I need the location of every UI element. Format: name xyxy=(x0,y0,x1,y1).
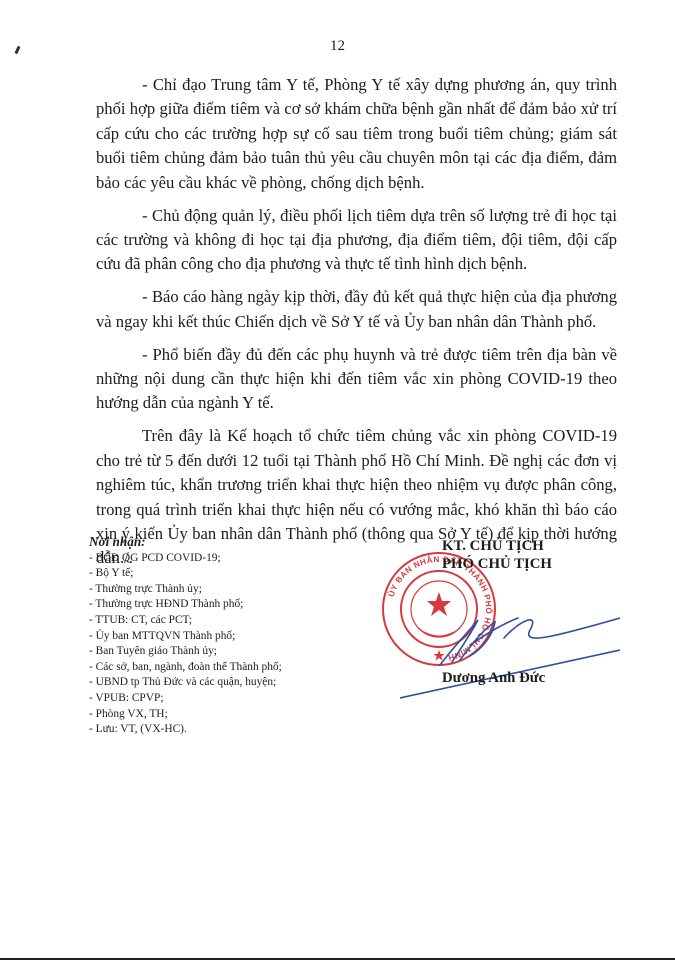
paragraph-daily-report: - Báo cáo hàng ngày kịp thời, đầy đủ kết… xyxy=(96,285,617,334)
recipient-item: - Thường trực Thành ủy; xyxy=(89,582,369,598)
document-body: - Chỉ đạo Trung tâm Y tế, Phòng Y tế xây… xyxy=(96,73,617,579)
recipient-item: - Bộ Y tế; xyxy=(89,566,369,582)
recipient-item: - VPUB: CPVP; xyxy=(89,691,369,707)
recipient-item: - Thường trực HĐND Thành phố; xyxy=(89,597,369,613)
signature-block: ỦY BAN NHÂN DÂN THÀNH PHỐ HỒ CHÍ MINH KT… xyxy=(380,530,610,710)
signature-title-line2: PHÓ CHỦ TỊCH xyxy=(442,556,622,573)
recipient-item: - Phòng VX, TH; xyxy=(89,707,369,723)
recipients-list: Nơi nhận: - BCĐ QG PCD COVID-19; - Bộ Y … xyxy=(89,534,369,738)
recipient-item: - Ủy ban MTTQVN Thành phố; xyxy=(89,629,369,645)
recipient-item: - Các sở, ban, ngành, đoàn thể Thành phố… xyxy=(89,660,369,676)
paragraph-schedule-management: - Chủ động quản lý, điều phối lịch tiêm … xyxy=(96,204,617,277)
recipient-item: - TTUB: CT, các PCT; xyxy=(89,613,369,629)
paragraph-dissemination: - Phổ biến đầy đủ đến các phụ huynh và t… xyxy=(96,343,617,416)
page-number: 12 xyxy=(0,38,675,55)
recipient-item: - UBND tp Thủ Đức và các quận, huyện; xyxy=(89,675,369,691)
signer-name: Dương Anh Đức xyxy=(442,670,545,687)
recipient-item: - BCĐ QG PCD COVID-19; xyxy=(89,551,369,567)
recipient-item: - Lưu: VT, (VX-HC). xyxy=(89,722,369,738)
signature-title-line1: KT. CHỦ TỊCH xyxy=(442,538,622,555)
recipients-title: Nơi nhận: xyxy=(89,534,369,550)
paragraph-medical-coordination: - Chỉ đạo Trung tâm Y tế, Phòng Y tế xây… xyxy=(96,73,617,195)
recipient-item: - Ban Tuyên giáo Thành ủy; xyxy=(89,644,369,660)
